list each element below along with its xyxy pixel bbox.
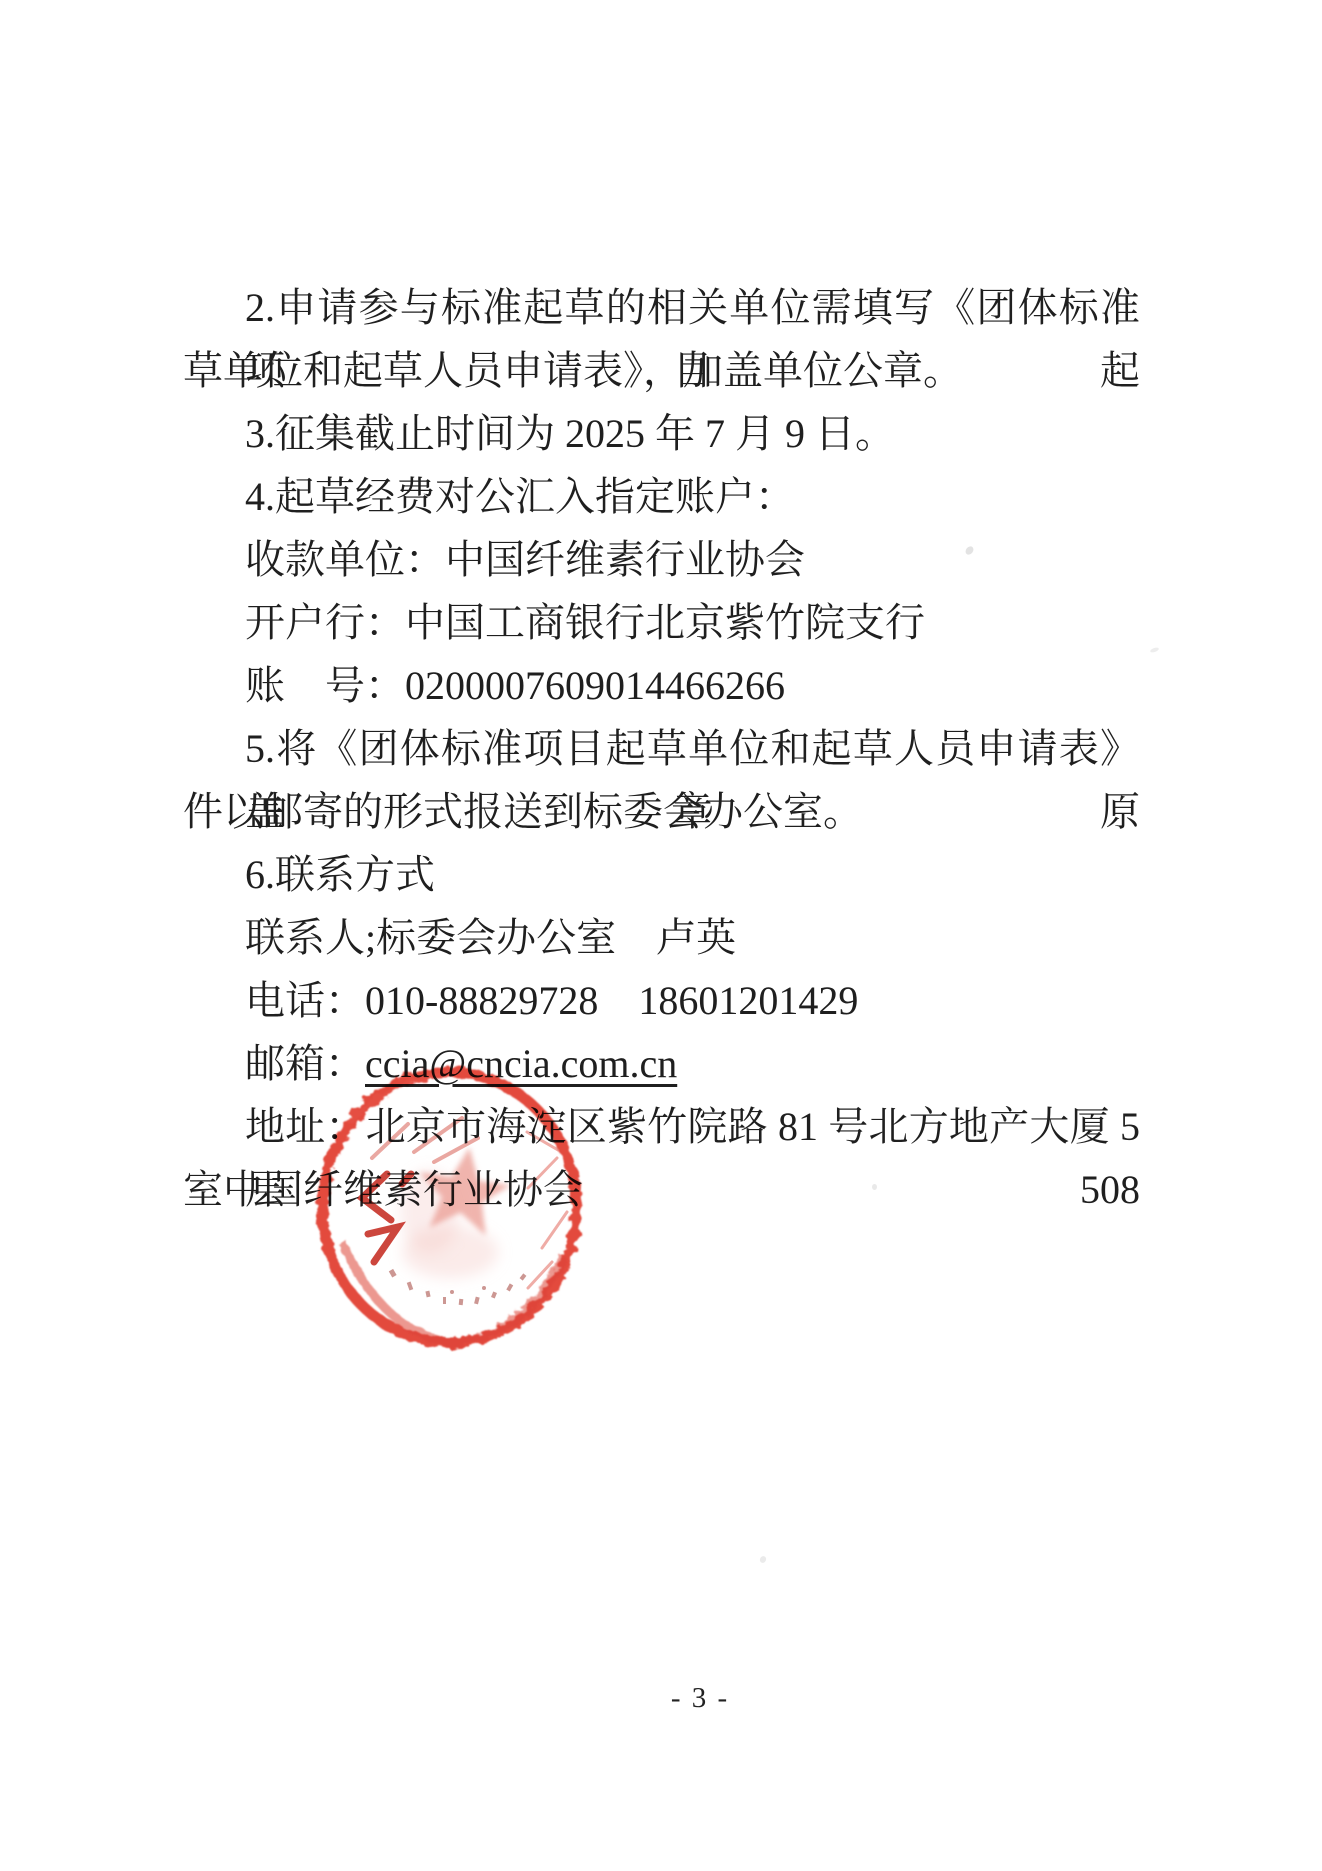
doc-line: 邮箱：ccia@cncia.com.cn bbox=[183, 1032, 1140, 1095]
scan-speck bbox=[759, 1555, 767, 1564]
scan-speck bbox=[1150, 647, 1160, 654]
doc-line: 账 号：0200007609014466266 bbox=[183, 654, 1140, 717]
scan-speck bbox=[872, 1184, 877, 1190]
doc-line: 开户行：中国工商银行北京紫竹院支行 bbox=[183, 591, 1140, 654]
doc-line: 联系人;标委会办公室 卢英 bbox=[183, 906, 1140, 969]
doc-line: 6.联系方式 bbox=[183, 843, 1140, 906]
page-number: - 3 - bbox=[640, 1682, 760, 1715]
doc-line: 电话：010-88829728 18601201429 bbox=[183, 969, 1140, 1032]
scanned-document-page: 2.申请参与标准起草的相关单位需填写《团体标准项目起 草单位和起草人员申请表》，… bbox=[0, 0, 1322, 1871]
email-label: 邮箱： bbox=[245, 1041, 365, 1086]
email-text: ccia@cncia.com.cn bbox=[365, 1041, 677, 1086]
doc-line: 3.征集截止时间为 2025 年 7 月 9 日。 bbox=[183, 402, 1140, 465]
doc-line: 5.将《团体标准项目起草单位和起草人员申请表》盖章原 bbox=[183, 717, 1140, 780]
seal-bottom-dots bbox=[389, 1269, 527, 1305]
doc-line: 地址：北京市海淀区紫竹院路 81 号北方地产大厦 5 层 508 bbox=[183, 1095, 1140, 1158]
document-text-block: 2.申请参与标准起草的相关单位需填写《团体标准项目起 草单位和起草人员申请表》，… bbox=[183, 276, 1140, 1221]
doc-line: 2.申请参与标准起草的相关单位需填写《团体标准项目起 bbox=[183, 276, 1140, 339]
doc-line: 4.起草经费对公汇入指定账户： bbox=[183, 465, 1140, 528]
doc-line: 收款单位：中国纤维素行业协会 bbox=[183, 528, 1140, 591]
